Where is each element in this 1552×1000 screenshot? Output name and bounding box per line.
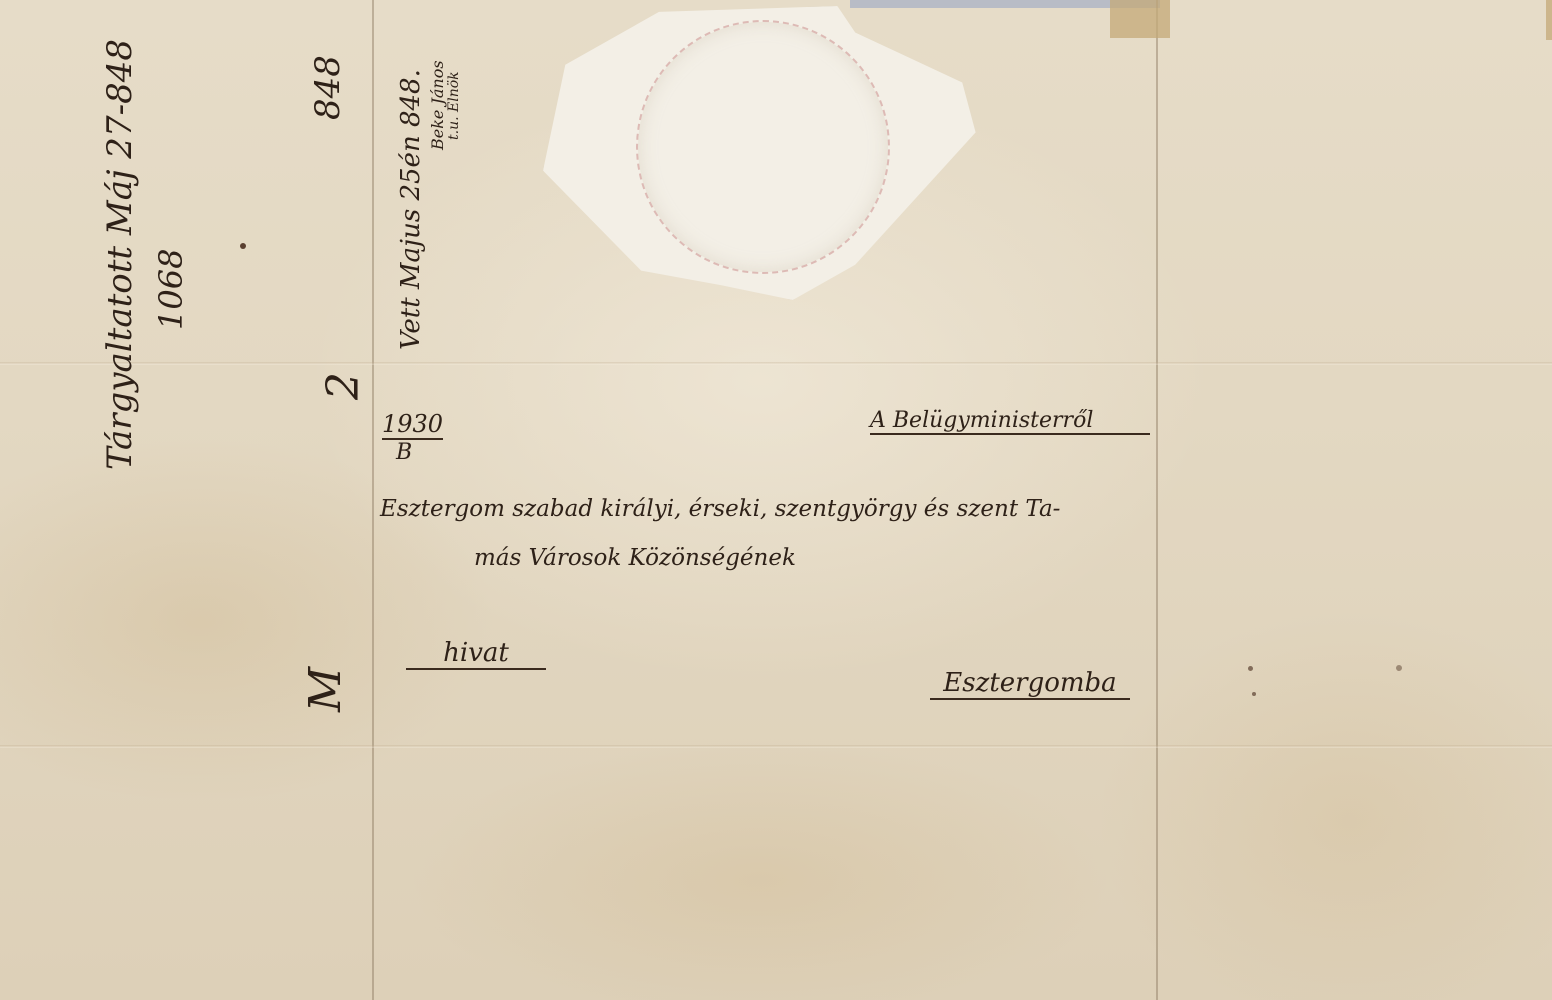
hivatalos-note: hivat	[406, 638, 546, 670]
signature-title: t.u. Elnök	[446, 71, 462, 140]
received-date: Vett Majus 25én 848.	[396, 69, 426, 350]
fold-line-bottom	[0, 745, 1552, 748]
reference-year: 848	[308, 55, 348, 120]
signature-name: Beke János	[428, 60, 447, 150]
tape-piece	[1110, 0, 1170, 38]
margin-mark: 2	[318, 372, 369, 400]
fold-line-right	[1156, 0, 1158, 1000]
document-page: Tárgyaltatott Máj 27-848 1068 848 2 M Ve…	[0, 0, 1552, 1000]
ink-speck	[1396, 665, 1402, 671]
sender: A Belügyministerről	[870, 408, 1150, 435]
fold-line-left	[372, 0, 374, 1000]
tape-piece	[1546, 0, 1552, 40]
destination: Esztergomba	[930, 668, 1130, 700]
recipient-line-1: Esztergom szabad királyi, érseki, szentg…	[380, 496, 1060, 522]
wax-seal-impression	[636, 20, 890, 274]
ink-speck	[240, 243, 246, 249]
file-subnumber: B	[396, 440, 412, 465]
recipient-line-2: más Városok Közönségének	[474, 545, 796, 571]
ink-speck	[1252, 692, 1256, 696]
docket-number: 1068	[152, 249, 190, 330]
file-number: 1930	[382, 410, 443, 440]
docket-note: Tárgyaltatott Máj 27-848	[100, 39, 140, 470]
margin-mark-bottom: M	[300, 667, 351, 712]
fold-line-top	[0, 362, 1552, 365]
ink-speck	[1248, 666, 1253, 671]
